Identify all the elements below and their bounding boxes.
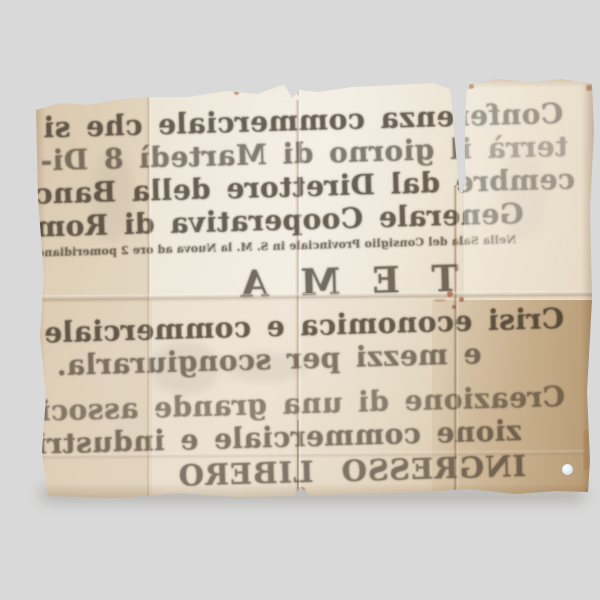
curled-tear-flap bbox=[282, 85, 301, 102]
foxing-spot bbox=[586, 85, 592, 91]
browned-top-right-edge bbox=[462, 69, 597, 93]
foxing-spot bbox=[468, 84, 474, 89]
foxing-spot bbox=[292, 86, 296, 90]
foxing-spot bbox=[38, 246, 42, 250]
poster-tema-heading: TEMA bbox=[79, 254, 600, 309]
foxing-spot bbox=[234, 90, 239, 95]
photo-background: Conferenza commerciale che si terrà il g… bbox=[0, 0, 600, 600]
browned-top-edge bbox=[28, 64, 459, 102]
poster-paper: Conferenza commerciale che si terrà il g… bbox=[0, 0, 600, 600]
poster-text-block: Conferenza commerciale che si terrà il g… bbox=[33, 97, 584, 497]
sticker-dot bbox=[562, 464, 573, 475]
